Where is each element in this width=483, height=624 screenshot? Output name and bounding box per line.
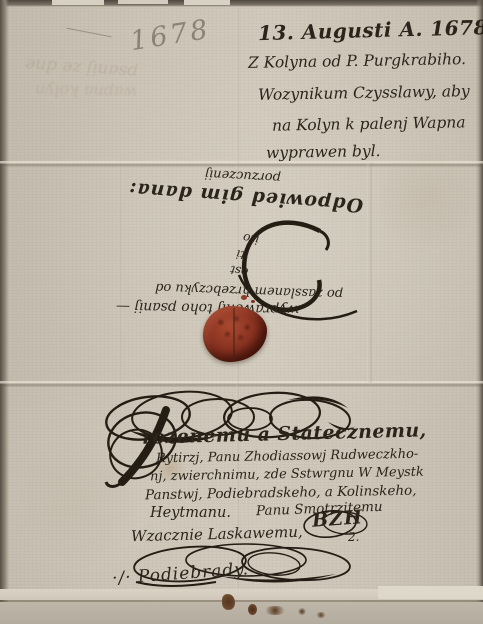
scratch-mark [66, 28, 111, 38]
bottom-paper-strip [0, 602, 483, 624]
letter-photo: 1678 psanij ze dne wapna kolyn 13. Augus… [0, 0, 483, 624]
docket-line: na Kolyn k palenj Wapna [272, 113, 466, 134]
verso-note-big: Odpowied gim dana: [128, 178, 364, 216]
top-paper-tab [184, 0, 230, 5]
flap-crease-left [118, 163, 121, 383]
address-line-3: nj, zwierchnimu, zde Sstwrgnu W Meystk [150, 465, 424, 485]
flap-crease-right [367, 163, 372, 383]
verso-note-small: porzuczenij [205, 166, 282, 185]
monogram: BZH [311, 506, 363, 531]
top-paper-tab [52, 0, 104, 5]
cito-inner-word: iti [235, 247, 250, 263]
bleedthrough-script: wapna kolyn [35, 81, 138, 102]
seal-fold-crack [233, 308, 235, 360]
verso-seal-line: wyprawenij toho psanij — [116, 298, 299, 317]
address-line-5-left: Heytmanu. [150, 505, 231, 521]
top-paper-tab [118, 0, 168, 4]
address-line-2: Rytirzj, Panu Zhodiassowj Rudweczkho- [156, 447, 418, 467]
left-edge-shadow [0, 0, 9, 624]
wax-speck [251, 300, 255, 303]
fold-crease-upper [0, 161, 483, 167]
docket-line: Wozynikum Czysslawy, aby [258, 82, 470, 104]
bleedthrough-script: psanij ze dne [24, 54, 138, 82]
docket-line: Z Kolyna od P. Purgkrabiho. [248, 50, 466, 72]
cito-inner-word: ito [242, 231, 260, 248]
bottom-fold-ridge-right [378, 586, 483, 599]
cito-inner-word: ost [229, 263, 249, 280]
pencil-year-annotation: 1678 [128, 14, 213, 57]
paper-stain [380, 140, 470, 260]
docket-date-line: 13. Augusti A. 1678. [258, 15, 483, 45]
right-edge-shadow [476, 0, 483, 624]
docket-line: wyprawen byl. [266, 142, 381, 162]
wax-speck [241, 295, 247, 300]
